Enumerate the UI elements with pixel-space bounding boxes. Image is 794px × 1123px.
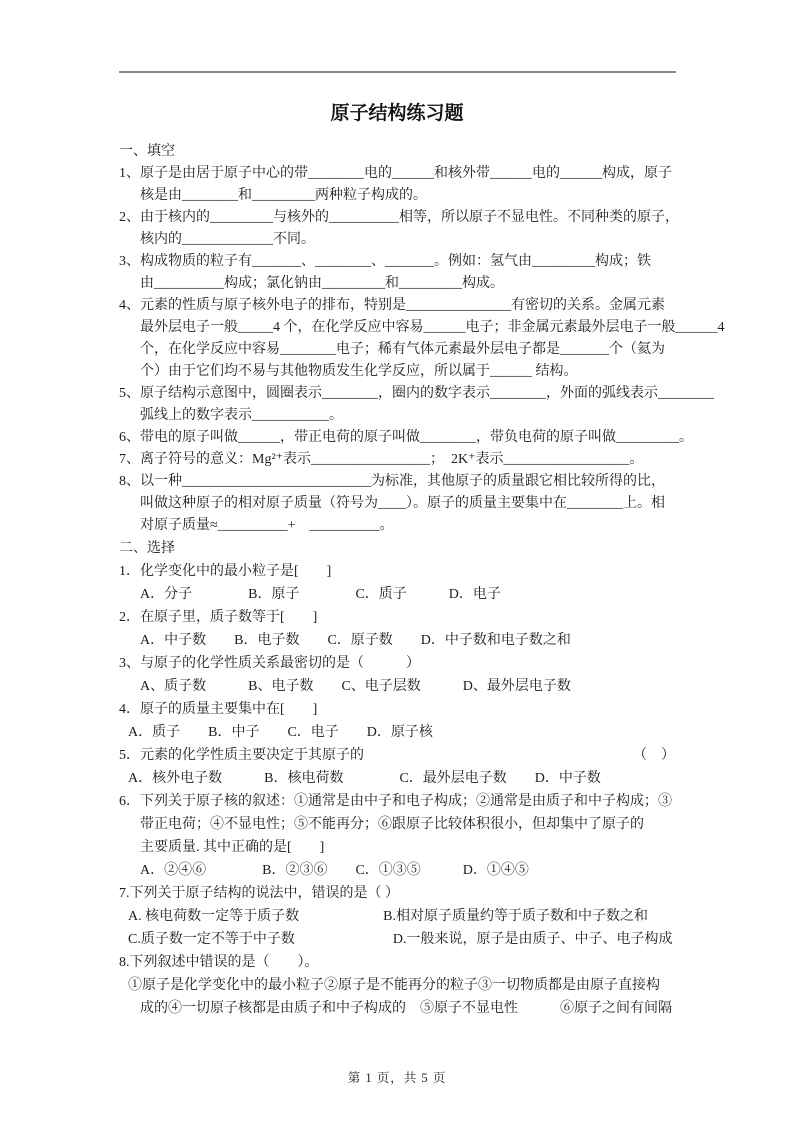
line-text: A．②④⑥ B．②③⑥ C．①③⑤ D．①④⑤ [140,863,529,878]
question-line: 2．在原子里，质子数等于[ ] [119,606,675,629]
section-heading: 二、选择 [119,537,675,560]
line-text: 带正电荷；④不显电性；⑤不能再分；⑥跟原子比较体积很小，但却集中了原子的 [140,817,644,832]
question-line: 弧线上的数字表示___________。 [119,405,675,427]
line-text: A. 核电荷数一定等于质子数 B.相对原子质量约等于质子数和中子数之和 [128,909,648,924]
question-line: A．分子 B．原子 C．质子 D．电子 [119,583,675,606]
line-text: 弧线上的数字表示___________。 [140,408,343,423]
line-text: 3、与原子的化学性质关系最密切的是（ ） [119,656,420,671]
question-line: 1．化学变化中的最小粒子是[ ] [119,560,675,583]
line-text: A．核外电子数 B．核电荷数 C．最外层电子数 D．中子数 [128,771,601,786]
question-line: A．质子 B．中子 C．电子 D．原子核 [119,721,675,744]
question-line: 7、离子符号的意义：Mg²⁺表示_________________； 2K⁺表示… [119,449,675,471]
question-line: 4、元素的性质与原子核外电子的排布，特别是_______________有密切的… [119,295,675,317]
answer-brackets: （ ） [633,744,675,767]
section-heading: 一、填空 [119,141,675,163]
line-text: 4．原子的质量主要集中在[ ] [119,702,317,717]
question-line: A．核外电子数 B．核电荷数 C．最外层电子数 D．中子数 [119,767,675,790]
header-rule [119,71,676,73]
line-text: 由__________构成；氯化钠由_________和_________构成。 [140,276,504,291]
question-line: 2、由于核内的_________与核外的__________相等，所以原子不显电… [119,207,675,229]
question-line: 对原子质量≈__________+ __________。 [119,515,675,537]
line-text: 7、离子符号的意义：Mg²⁺表示_________________； 2K⁺表示… [119,452,644,467]
question-line: 4．原子的质量主要集中在[ ] [119,698,675,721]
document-content: 一、填空1、原子是由居于原子中心的带________电的______和核外带__… [0,141,794,1020]
line-text: 8、以一种___________________________为标准，其他原子… [119,474,665,489]
question-line: （ ）5．元素的化学性质主要决定于其原子的 [119,744,675,767]
question-line: A．中子数 B．电子数 C．原子数 D．中子数和电子数之和 [119,629,675,652]
question-line: 3、与原子的化学性质关系最密切的是（ ） [119,652,675,675]
question-line: 带正电荷；④不显电性；⑤不能再分；⑥跟原子比较体积很小，但却集中了原子的 [119,813,675,836]
line-text: A．分子 B．原子 C．质子 D．电子 [140,587,501,602]
line-text: 6、带电的原子叫做______，带正电荷的原子叫做________，带负电荷的原… [119,430,693,445]
question-line: 个，在化学反应中容易________电子；稀有气体元素最外层电子都是______… [119,339,675,361]
page-footer: 第 1 页，共 5 页 [0,1068,794,1086]
line-text: 主要质量. 其中正确的是[ ] [140,840,324,855]
question-line: A．②④⑥ B．②③⑥ C．①③⑤ D．①④⑤ [119,859,675,882]
line-text: A．质子 B．中子 C．电子 D．原子核 [128,725,433,740]
question-line: 8、以一种___________________________为标准，其他原子… [119,471,675,493]
question-line: A、质子数 B、电子数 C、电子层数 D、最外层电子数 [119,675,675,698]
document-page: 原子结构练习题 一、填空1、原子是由居于原子中心的带________电的____… [0,0,794,1123]
line-text: A、质子数 B、电子数 C、电子层数 D、最外层电子数 [140,679,571,694]
section: 一、填空1、原子是由居于原子中心的带________电的______和核外带__… [119,141,675,537]
question-line: ①原子是化学变化中的最小粒子②原子是不能再分的粒子③一切物质都是由原子直接构 [119,974,675,997]
section: 二、选择1．化学变化中的最小粒子是[ ]A．分子 B．原子 C．质子 D．电子2… [119,537,675,1020]
line-text: 2、由于核内的_________与核外的__________相等，所以原子不显电… [119,210,679,225]
question-line: 6、带电的原子叫做______，带正电荷的原子叫做________，带负电荷的原… [119,427,675,449]
line-text: 4、元素的性质与原子核外电子的排布，特别是_______________有密切的… [119,298,665,313]
line-text: 1、原子是由居于原子中心的带________电的______和核外带______… [119,166,672,181]
question-line: 8.下列叙述中错误的是（ ）。 [119,951,675,974]
line-text: 核内的_____________不同。 [140,232,315,247]
line-text: 最外层电子一般_____4 个，在化学反应中容易______电子；非金属元素最外… [140,320,725,335]
question-line: 5、原子结构示意图中，圆圈表示________，圈内的数字表示________，… [119,383,675,405]
question-line: C.质子数一定不等于中子数 D.一般来说，原子是由质子、中子、电子构成 [119,928,675,951]
question-line: A. 核电荷数一定等于质子数 B.相对原子质量约等于质子数和中子数之和 [119,905,675,928]
line-text: 个，在化学反应中容易________电子；稀有气体元素最外层电子都是______… [140,342,665,357]
line-text: C.质子数一定不等于中子数 D.一般来说，原子是由质子、中子、电子构成 [128,932,672,947]
line-text: 7.下列关于原子结构的说法中，错误的是（ ） [119,886,399,901]
line-text: 成的④一切原子核都是由质子和中子构成的 ⑤原子不显电性 ⑥原子之间有间隔 [140,1001,672,1016]
line-text: A．中子数 B．电子数 C．原子数 D．中子数和电子数之和 [140,633,571,648]
line-text: 8.下列叙述中错误的是（ ）。 [119,955,319,970]
line-text: 5、原子结构示意图中，圆圈表示________，圈内的数字表示________，… [119,386,714,401]
page-title: 原子结构练习题 [0,0,794,125]
line-text: 6．下列关于原子核的叙述：①通常是由中子和电子构成；②通常是由质子和中子构成；③ [119,794,672,809]
question-line: 核内的_____________不同。 [119,229,675,251]
question-line: 由__________构成；氯化钠由_________和_________构成。 [119,273,675,295]
question-line: 成的④一切原子核都是由质子和中子构成的 ⑤原子不显电性 ⑥原子之间有间隔 [119,997,675,1020]
line-text: 核是由________和_________两种粒子构成的。 [140,188,427,203]
line-text: 3、构成物质的粒子有_______、________、_______。例如：氢气… [119,254,651,269]
question-line: 6．下列关于原子核的叙述：①通常是由中子和电子构成；②通常是由质子和中子构成；③ [119,790,675,813]
question-line: 核是由________和_________两种粒子构成的。 [119,185,675,207]
question-line: 叫做这种原子的相对原子质量（符号为____）。原子的质量主要集中在_______… [119,493,675,515]
question-line: 1、原子是由居于原子中心的带________电的______和核外带______… [119,163,675,185]
question-line: 7.下列关于原子结构的说法中，错误的是（ ） [119,882,675,905]
line-text: 对原子质量≈__________+ __________。 [140,518,394,533]
line-text: 个）由于它们均不易与其他物质发生化学反应，所以属于______ 结构。 [140,364,578,379]
question-line: 3、构成物质的粒子有_______、________、_______。例如：氢气… [119,251,675,273]
question-line: 个）由于它们均不易与其他物质发生化学反应，所以属于______ 结构。 [119,361,675,383]
line-text: ①原子是化学变化中的最小粒子②原子是不能再分的粒子③一切物质都是由原子直接构 [128,978,660,993]
line-text: 2．在原子里，质子数等于[ ] [119,610,317,625]
question-line: 最外层电子一般_____4 个，在化学反应中容易______电子；非金属元素最外… [119,317,675,339]
question-line: 主要质量. 其中正确的是[ ] [119,836,675,859]
line-text: 5．元素的化学性质主要决定于其原子的 [119,748,364,763]
line-text: 叫做这种原子的相对原子质量（符号为____）。原子的质量主要集中在_______… [140,496,665,511]
line-text: 1．化学变化中的最小粒子是[ ] [119,564,331,579]
